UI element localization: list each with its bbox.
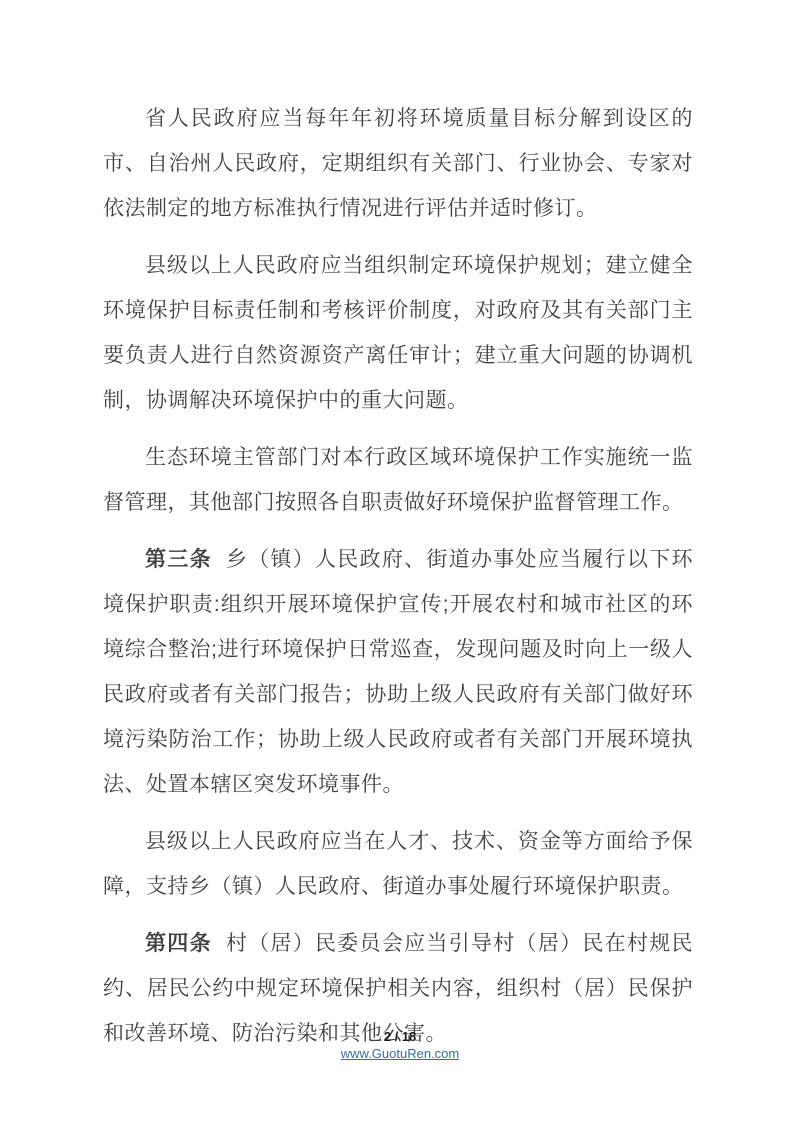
paragraph: 县级以上人民政府应当在人才、技术、资金等方面给予保障，支持乡（镇）人民政府、街道… <box>103 819 693 909</box>
article-number: 第四条 <box>145 932 212 955</box>
paragraph: 省人民政府应当每年年初将环境质量目标分解到设区的市、自治州人民政府，定期组织有关… <box>103 96 693 231</box>
document-body: 省人民政府应当每年年初将环境质量目标分解到设区的市、自治州人民政府，定期组织有关… <box>103 96 693 1068</box>
paragraph-text: 县级以上人民政府应当组织制定环境保护规划；建立健全环境保护目标责任制和考核评价制… <box>103 254 693 412</box>
page-footer: 2 / 18 www.GuotuRen.com <box>0 1028 800 1063</box>
paragraph-text: 县级以上人民政府应当在人才、技术、资金等方面给予保障，支持乡（镇）人民政府、街道… <box>103 830 693 898</box>
paragraph-text: 省人民政府应当每年年初将环境质量目标分解到设区的市、自治州人民政府，定期组织有关… <box>103 107 693 220</box>
article-number: 第三条 <box>145 548 212 571</box>
paragraph: 第三条乡（镇）人民政府、街道办事处应当履行以下环境保护职责:组织开展环境保护宣传… <box>103 537 693 807</box>
website-link[interactable]: www.GuotuRen.com <box>341 1046 460 1061</box>
document-page: 省人民政府应当每年年初将环境质量目标分解到设区的市、自治州人民政府，定期组织有关… <box>0 0 800 1132</box>
paragraph-text: 乡（镇）人民政府、街道办事处应当履行以下环境保护职责:组织开展环境保护宣传;开展… <box>103 548 693 796</box>
paragraph: 县级以上人民政府应当组织制定环境保护规划；建立健全环境保护目标责任制和考核评价制… <box>103 243 693 423</box>
page-number: 2 / 18 <box>0 1028 800 1045</box>
paragraph: 生态环境主管部门对本行政区域环境保护工作实施统一监督管理，其他部门按照各自职责做… <box>103 435 693 525</box>
website-link-row: www.GuotuRen.com <box>0 1045 800 1063</box>
paragraph-text: 生态环境主管部门对本行政区域环境保护工作实施统一监督管理，其他部门按照各自职责做… <box>103 446 693 514</box>
